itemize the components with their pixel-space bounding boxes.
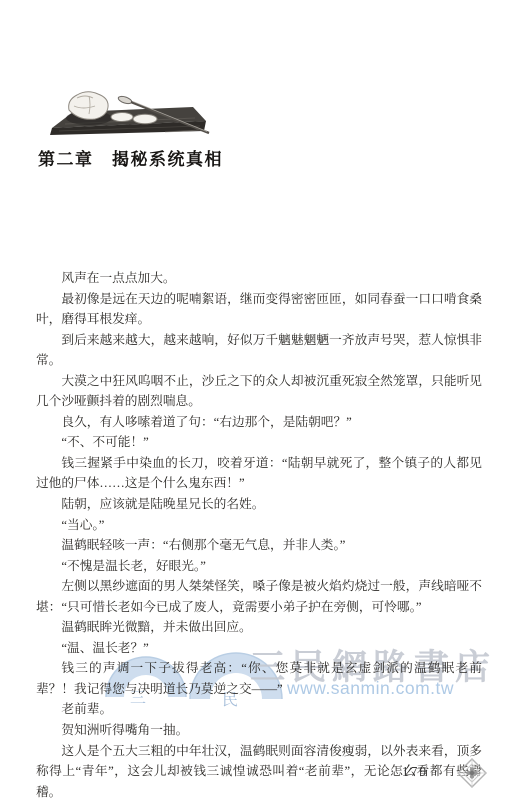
spoon-head — [117, 95, 132, 105]
paragraph: 贺知洲听得嘴角一抽。 — [36, 720, 482, 741]
paragraph: “不愧是温长老，好眼光。” — [36, 556, 482, 577]
paragraph: “温、温长老？” — [36, 638, 482, 659]
chapter-title: 第二章 揭秘系统真相 — [38, 145, 223, 170]
paragraph: 良久，有人哆嗦着道了句：“右边那个，是陆朝吧？” — [36, 412, 482, 433]
paragraph: 大漠之中狂风呜咽不止，沙丘之下的众人却被沉重死寂全然笼罩，只能听见几个沙哑颤抖着… — [36, 371, 482, 412]
paragraph: 陆朝，应该就是陆晚星兄长的名姓。 — [36, 494, 482, 515]
page-number: · 179 · — [390, 764, 440, 780]
paragraph: “当心。” — [36, 515, 482, 536]
paragraph: 风声在一点点加大。 — [36, 268, 482, 289]
dish — [111, 113, 133, 122]
paragraph: 到后来越来越大，越来越响，好似万千魑魅魍魉一齐放声号哭，惹人惊惧非常。 — [36, 330, 482, 371]
paragraph: 钱三的声调一下子拔得老高：“你、您莫非就是玄虚剑派的温鹤眠老前辈？！我记得您与决… — [36, 658, 482, 699]
paragraph: 最初像是远在天边的呢喃絮语，继而变得密密匝匝，如同春蚕一口口啃食桑叶，磨得耳根发… — [36, 289, 482, 330]
paragraph: “不、不可能！” — [36, 432, 482, 453]
paragraph: 老前辈。 — [36, 699, 482, 720]
paragraph: 温鹤眠轻咳一声：“右侧那个毫无气息，并非人类。” — [36, 535, 482, 556]
tea-tray-illustration — [45, 90, 211, 146]
dish — [133, 114, 157, 124]
paragraph: 左侧以黑纱遮面的男人桀桀怪笑，嗓子像是被火焰灼烧过一般，声线暗哑不堪：“只可惜长… — [36, 576, 482, 617]
paragraph: 钱三握紧手中染血的长刀，咬着牙道：“陆朝早就死了，整个镇子的人都见过他的尸体……… — [36, 453, 482, 494]
diamond-ornament-icon — [456, 757, 488, 789]
book-page: 第二章 揭秘系统真相 三 民 三民網路書店 www.sanmin.com.tw … — [0, 0, 516, 800]
paragraph: 温鹤眠眸光微黯，并未做出回应。 — [36, 617, 482, 638]
body-text: 风声在一点点加大。 最初像是远在天边的呢喃絮语，继而变得密密匝匝，如同春蚕一口口… — [36, 268, 482, 800]
bun — [69, 92, 108, 120]
